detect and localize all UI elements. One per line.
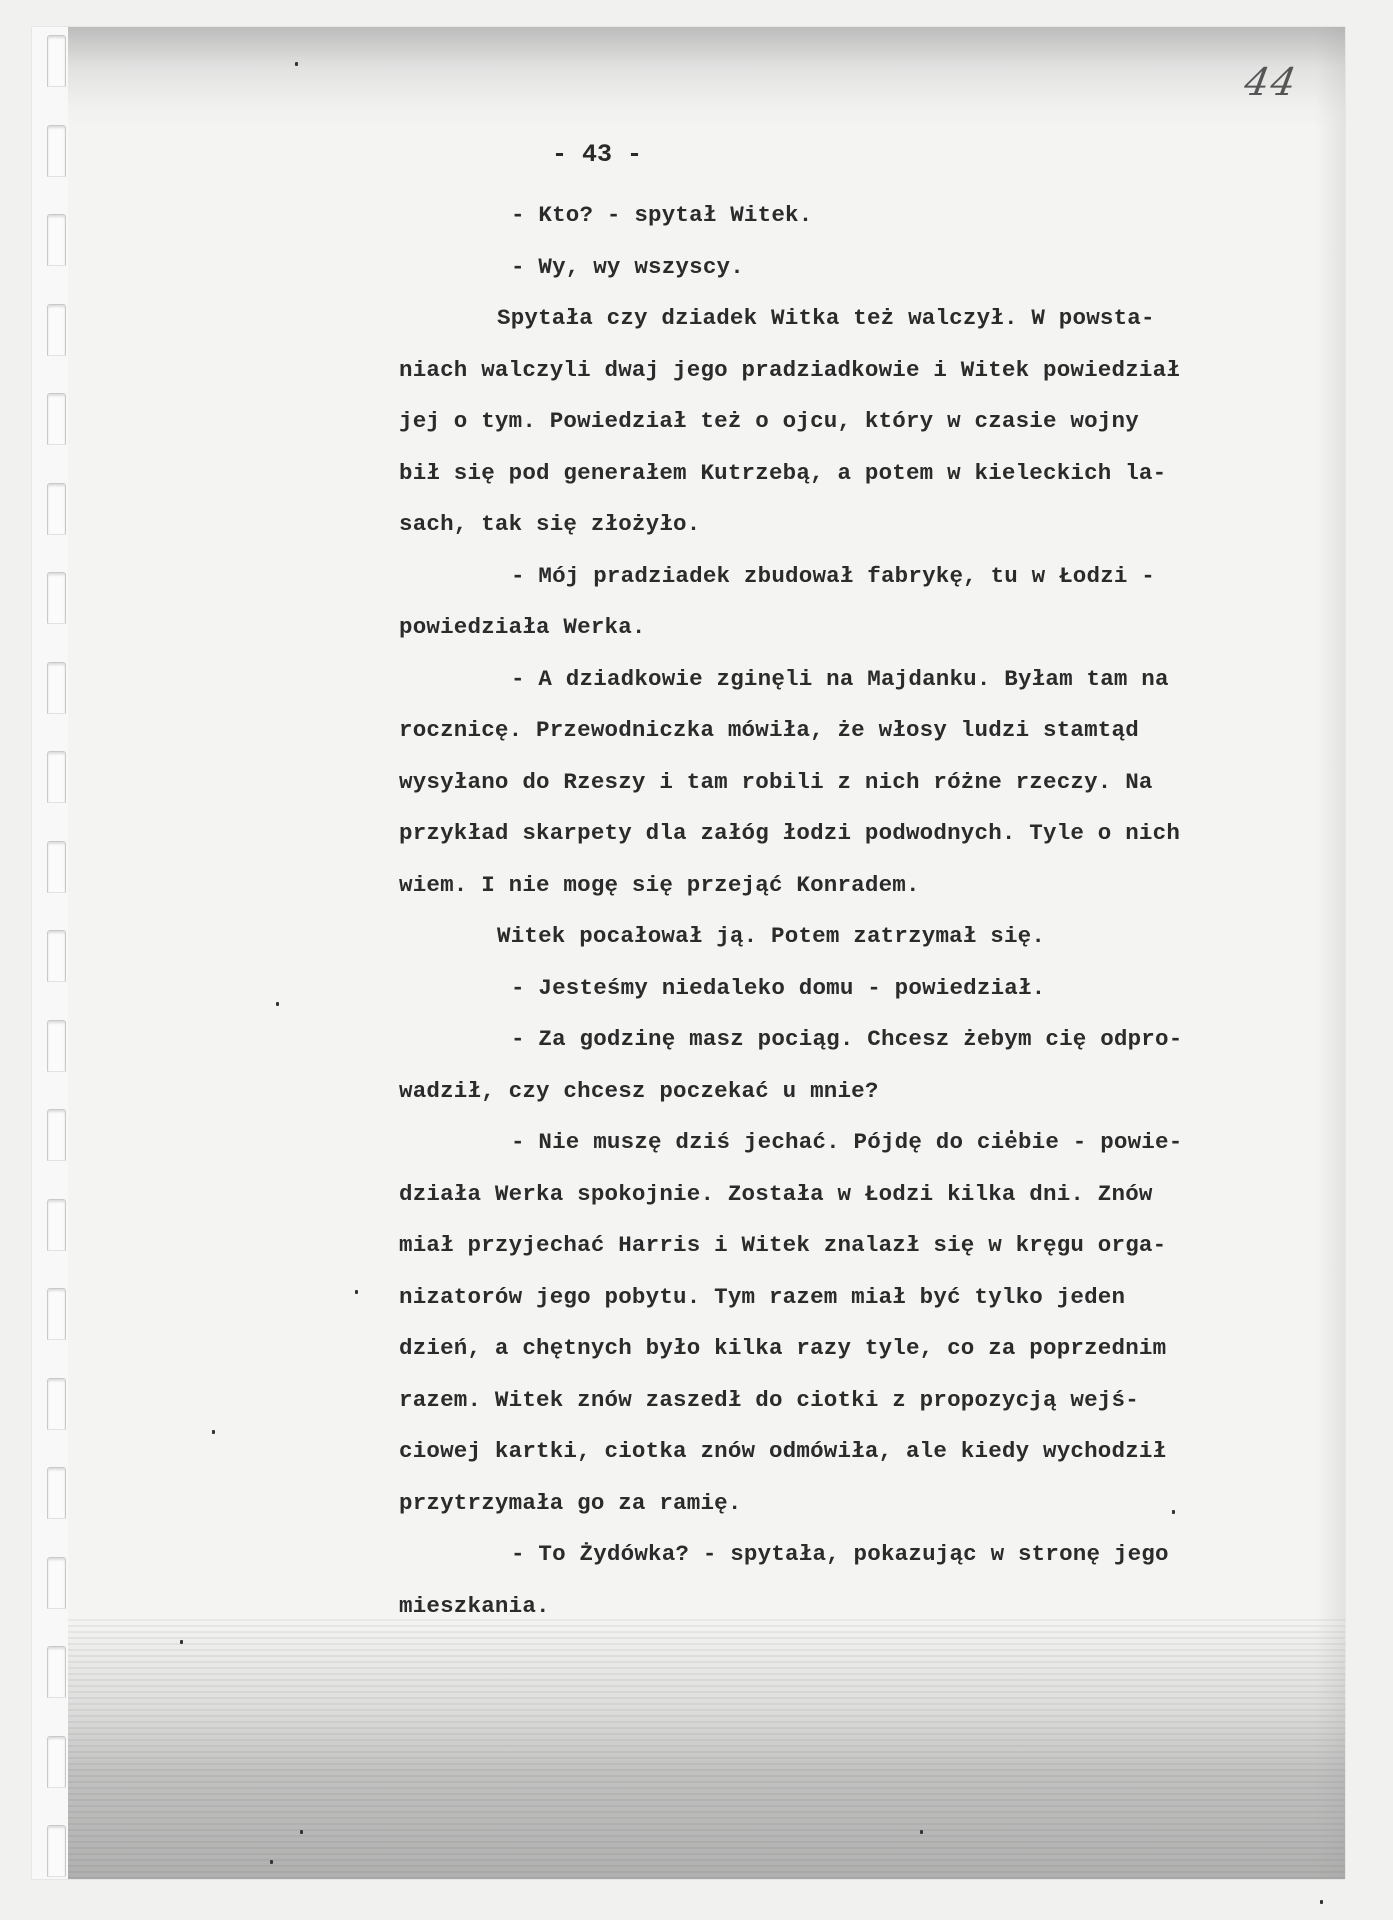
binding-hole: [47, 662, 66, 714]
binding-hole: [47, 1378, 66, 1430]
binding-hole: [47, 1646, 66, 1698]
text-line: bił się pod generałem Kutrzebą, a potem …: [399, 448, 1319, 500]
photocopy-speck: [270, 1860, 273, 1864]
binding-hole: [47, 1825, 66, 1877]
binding-hole: [47, 483, 66, 535]
photocopy-speck: [1320, 1900, 1323, 1904]
photocopy-speck: [1172, 1510, 1175, 1514]
text-line: jej o tym. Powiedział też o ojcu, który …: [399, 396, 1319, 448]
photocopy-speck: [355, 1290, 358, 1294]
binding-hole: [47, 304, 66, 356]
text-line: - Jesteśmy niedaleko domu - powiedział.: [399, 963, 1319, 1015]
text-line: Spytała czy dziadek Witka też walczył. W…: [399, 293, 1319, 345]
binding-hole: [47, 1467, 66, 1519]
text-line: - Nie muszę dziś jechać. Pójdę do ciebie…: [399, 1117, 1319, 1169]
text-line: nizatorów jego pobytu. Tym razem miał by…: [399, 1272, 1319, 1324]
photocopy-speck: [300, 1830, 303, 1834]
page-number: - 43 -: [0, 140, 1393, 169]
photocopy-speck: [276, 1002, 279, 1006]
binding-hole: [47, 841, 66, 893]
text-line: powiedziała Werka.: [399, 602, 1319, 654]
text-line: przytrzymała go za ramię.: [399, 1478, 1319, 1530]
binding-hole: [47, 1736, 66, 1788]
text-line: przykład skarpety dla załóg łodzi podwod…: [399, 808, 1319, 860]
text-line: miał przyjechać Harris i Witek znalazł s…: [399, 1220, 1319, 1272]
text-line: ciowej kartki, ciotka znów odmówiła, ale…: [399, 1426, 1319, 1478]
binding-hole: [47, 1109, 66, 1161]
binding-hole: [47, 1288, 66, 1340]
text-line: wiem. I nie mogę się przejąć Konradem.: [399, 860, 1319, 912]
photocopy-speck: [295, 62, 298, 66]
photocopy-speck: [920, 1830, 923, 1834]
handwritten-folio-number: 44: [1241, 60, 1301, 104]
text-line: działa Werka spokojnie. Została w Łodzi …: [399, 1169, 1319, 1221]
text-line: niach walczyli dwaj jego pradziadkowie i…: [399, 345, 1319, 397]
text-line: rocznicę. Przewodniczka mówiła, że włosy…: [399, 705, 1319, 757]
text-line: Witek pocałował ją. Potem zatrzymał się.: [399, 911, 1319, 963]
binding-hole: [47, 35, 66, 87]
binding-hole: [47, 1199, 66, 1251]
text-line: - Kto? - spytał Witek.: [399, 190, 1319, 242]
text-line: dzień, a chętnych było kilka razy tyle, …: [399, 1323, 1319, 1375]
text-line: razem. Witek znów zaszedł do ciotki z pr…: [399, 1375, 1319, 1427]
photocopy-top-shading: [62, 27, 1345, 127]
text-line: sach, tak się złożyło.: [399, 499, 1319, 551]
binding-hole: [47, 572, 66, 624]
photocopy-bottom-shading: [62, 1619, 1345, 1879]
text-line: - Mój pradziadek zbudował fabrykę, tu w …: [399, 551, 1319, 603]
photocopy-speck: [1010, 1130, 1013, 1134]
photocopy-speck: [212, 1430, 215, 1434]
binding-hole: [47, 1557, 66, 1609]
binding-hole: [47, 751, 66, 803]
text-line: mieszkania.: [399, 1581, 1319, 1633]
binding-hole: [47, 214, 66, 266]
text-line: - Za godzinę masz pociąg. Chcesz żebym c…: [399, 1014, 1319, 1066]
text-line: - Wy, wy wszyscy.: [399, 242, 1319, 294]
text-line: - To Żydówka? - spytała, pokazując w str…: [399, 1529, 1319, 1581]
binding-hole: [47, 930, 66, 982]
text-line: - A dziadkowie zginęli na Majdanku. Była…: [399, 654, 1319, 706]
photocopy-right-shading: [1315, 27, 1345, 1879]
binding-strip: [32, 27, 68, 1879]
photocopy-speck: [180, 1640, 183, 1644]
text-line: wysyłano do Rzeszy i tam robili z nich r…: [399, 757, 1319, 809]
binding-hole: [47, 1020, 66, 1072]
binding-hole: [47, 393, 66, 445]
body-text: - Kto? - spytał Witek.- Wy, wy wszyscy.S…: [399, 190, 1319, 1632]
text-line: wadził, czy chcesz poczekać u mnie?: [399, 1066, 1319, 1118]
